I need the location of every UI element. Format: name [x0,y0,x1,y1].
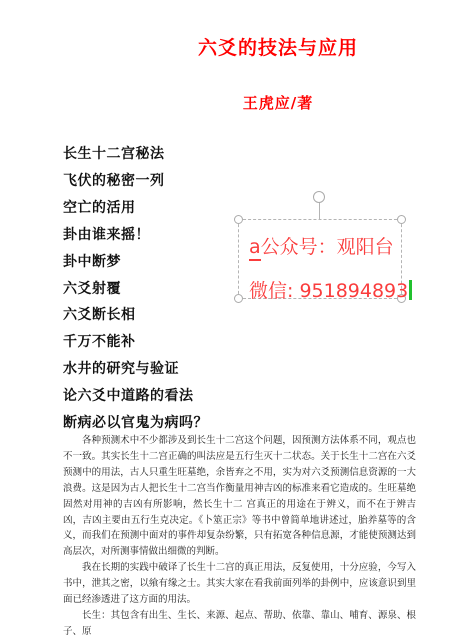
toc-item-10: 论六爻中道路的看法 [63,383,208,410]
rotate-handle-icon[interactable] [313,191,325,203]
paragraph-1: 各种预测术中不少都涉及到长生十二宫这个问题，因预测方法体系不同，观点也不一致。其… [63,433,416,560]
paragraph-2: 我在长期的实践中破译了长生十二宫的真正用法，反复使用，十分应验，今写入书中，泄其… [63,560,416,608]
toc-item-1: 长生十二宫秘法 [63,141,208,168]
selected-text-box-overlay[interactable]: a公众号：观阳台 微信: 951894893 [238,191,402,299]
resize-handle-top-left-icon[interactable] [234,215,243,224]
paragraph-3: 长生：其包含有出生、生长、来源、起点、帮助、依靠、靠山、哺育、源泉、根子、原 [63,608,416,638]
chapter-list: 长生十二宫秘法 飞伏的秘密一列 空亡的活用 卦由谁来摇！ 卦中断梦 六爻射覆 六… [63,141,208,437]
public-account-label: 公众号：观阳台 [261,236,394,258]
toc-item-7: 六爻断长相 [63,302,208,329]
rotate-handle-stem [319,201,320,219]
resize-handle-top-right-icon[interactable] [397,215,406,224]
article-body: 各种预测术中不少都涉及到长生十二宫这个问题，因预测方法体系不同，观点也不一致。其… [63,433,416,638]
wechat-label: 微信: 951894893 [249,280,408,302]
text-cursor-caret [409,280,412,300]
watermark-text[interactable]: a公众号：观阳台 微信: 951894893 [249,232,399,303]
toc-item-9: 水井的研究与验证 [63,356,208,383]
toc-item-8: 千万不能补 [63,329,208,356]
wechat-line[interactable]: 微信: 951894893 [249,276,399,303]
toc-item-3: 空亡的活用 [63,195,208,222]
toc-item-6: 六爻射覆 [63,276,208,303]
page-author: 王虎应/著 [85,92,471,113]
public-account-line[interactable]: a公众号：观阳台 [249,232,399,259]
resize-handle-bottom-left-icon[interactable] [234,294,243,303]
document-header: 六爻的技法与应用 王虎应/著 [85,33,471,113]
toc-item-4: 卦由谁来摇！ [63,222,208,249]
document-page: 六爻的技法与应用 王虎应/著 长生十二宫秘法 飞伏的秘密一列 空亡的活用 卦由谁… [0,0,471,638]
underlined-prefix: a [249,236,261,261]
page-title: 六爻的技法与应用 [85,33,471,60]
toc-item-2: 飞伏的秘密一列 [63,168,208,195]
text-box[interactable]: a公众号：观阳台 微信: 951894893 [238,219,402,299]
toc-item-5: 卦中断梦 [63,249,208,276]
